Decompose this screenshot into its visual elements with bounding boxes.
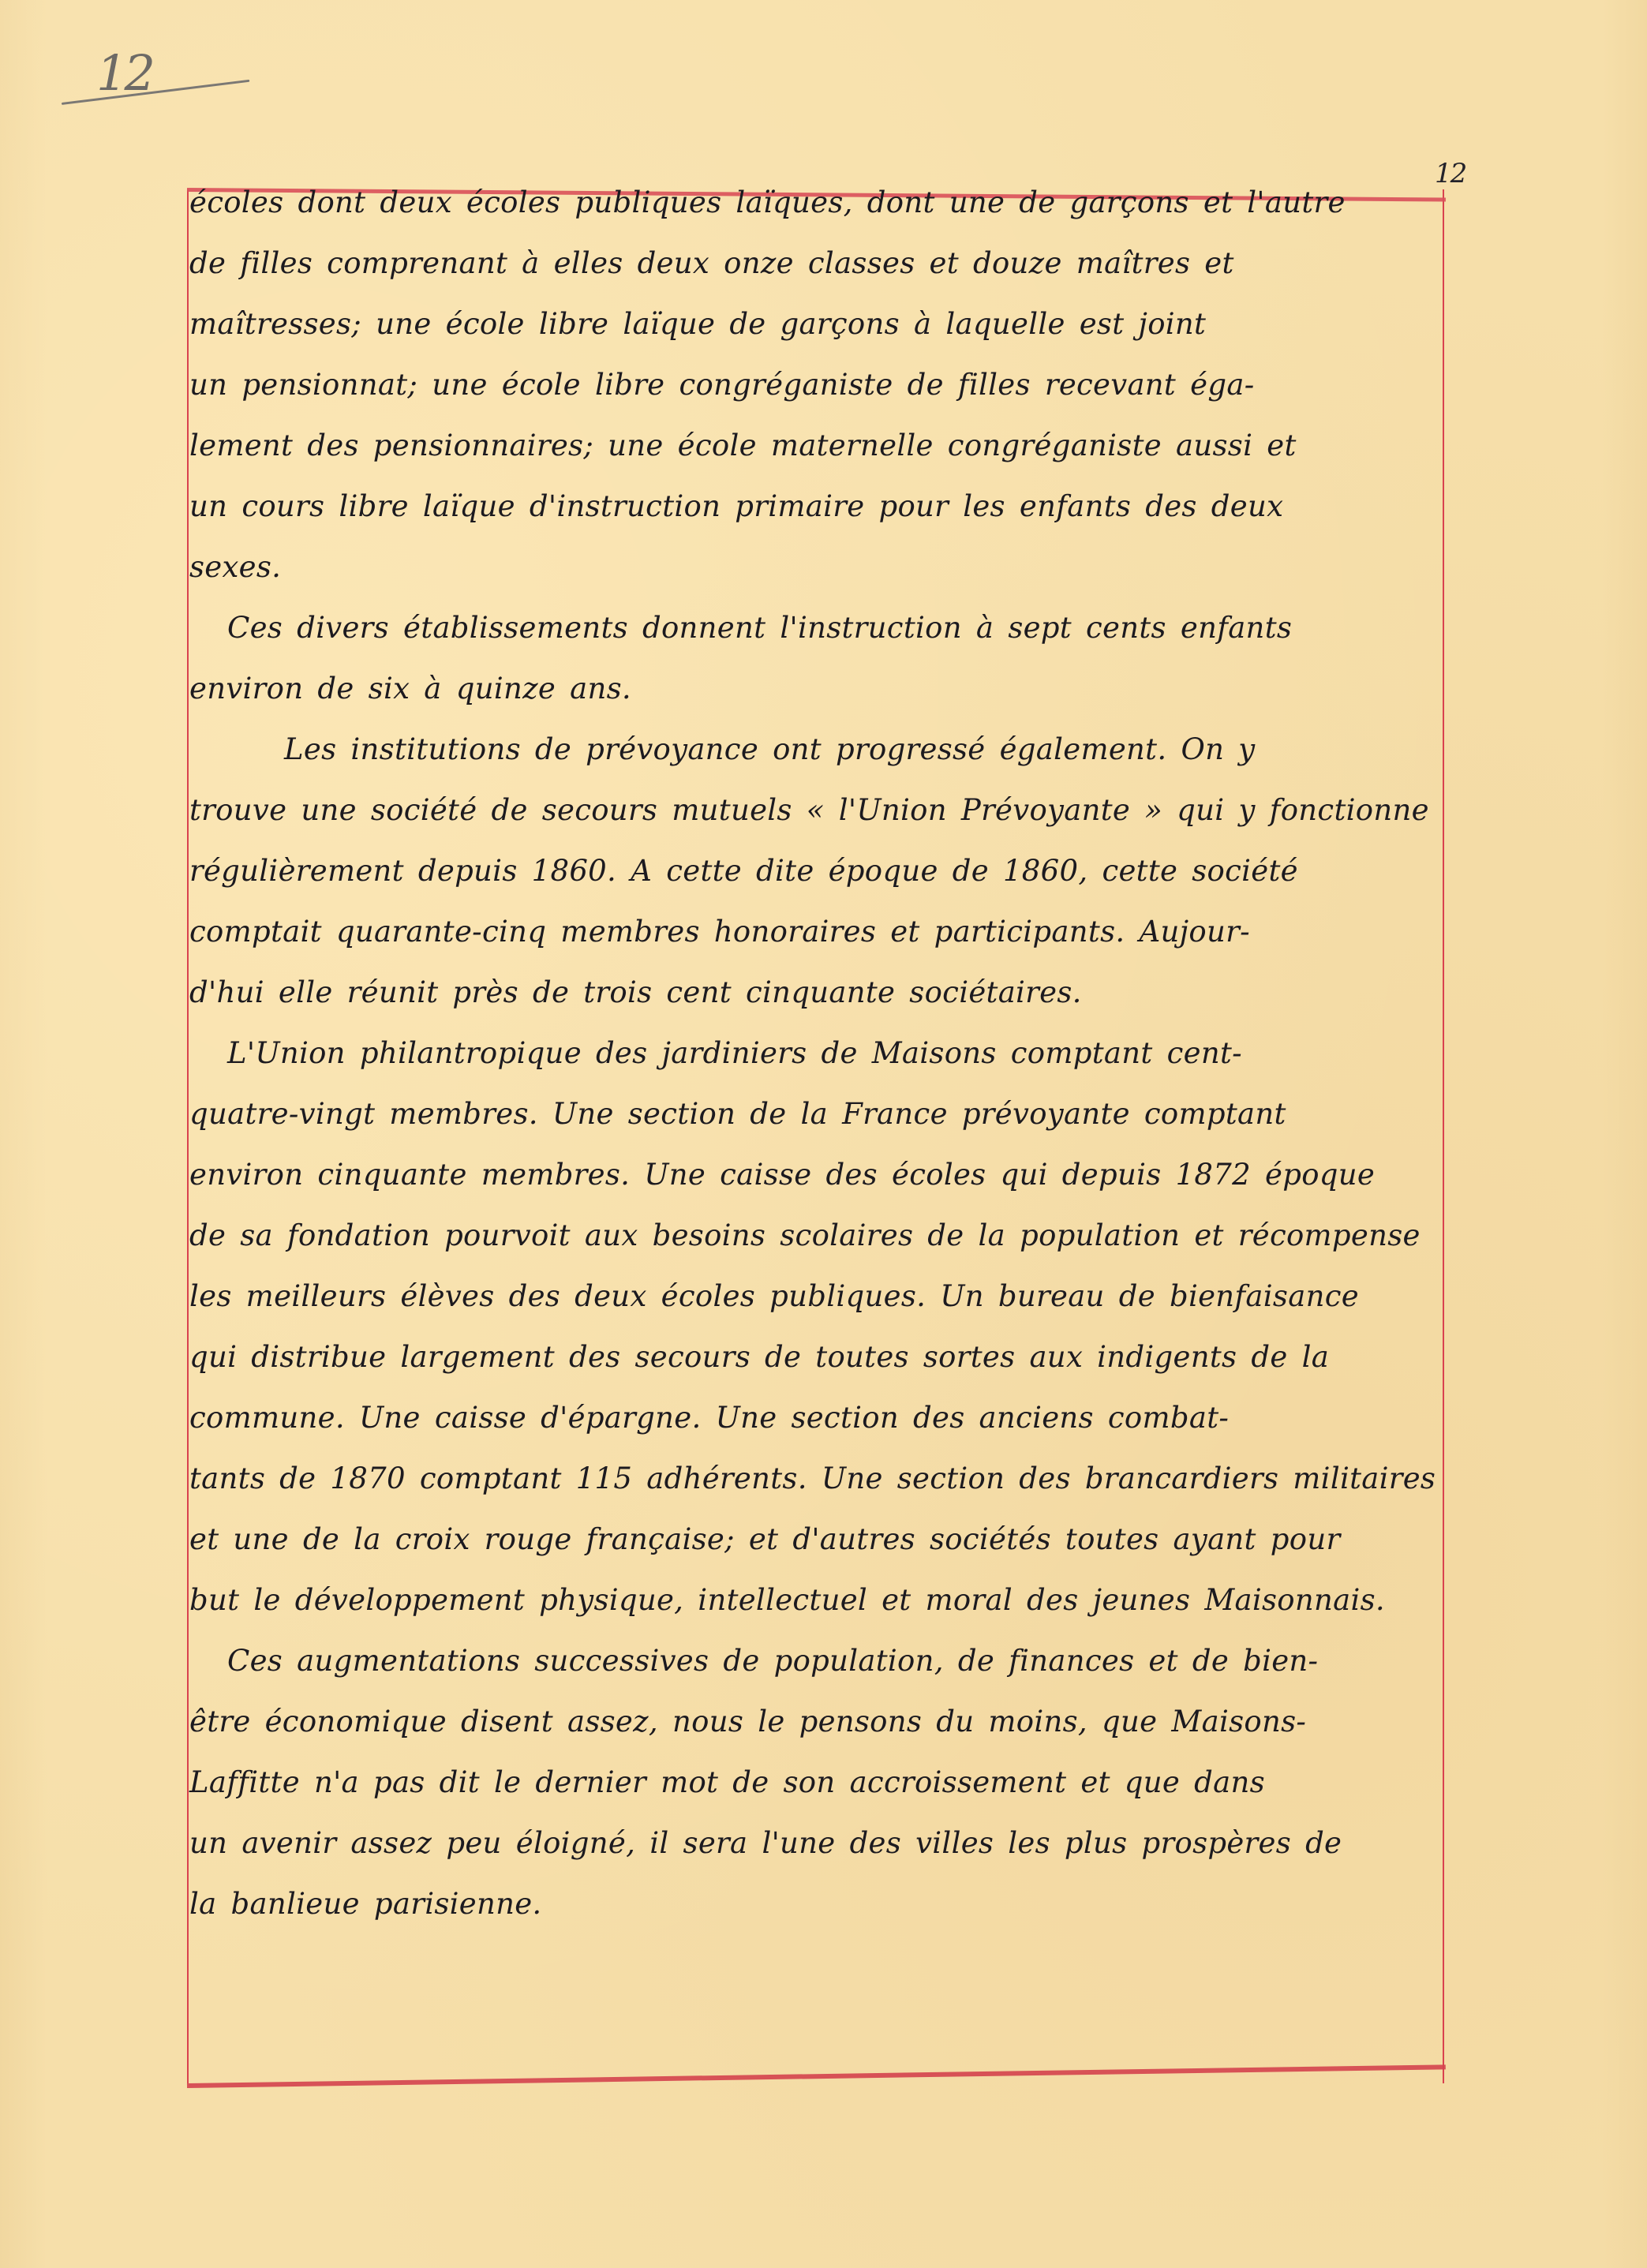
manuscript-paragraph-start: Ces divers établissements donnent l'inst… <box>189 597 1443 658</box>
manuscript-line: être économique disent assez, nous le pe… <box>189 1691 1443 1752</box>
manuscript-text-block: écoles dont deux écoles publiques laïque… <box>189 172 1443 1934</box>
manuscript-line: tants de 1870 comptant 115 adhérents. Un… <box>189 1448 1443 1509</box>
manuscript-line: qui distribue largement des secours de t… <box>189 1327 1443 1387</box>
manuscript-line: environ de six à quinze ans. <box>189 658 1443 719</box>
manuscript-line: de filles comprenant à elles deux onze c… <box>189 233 1443 294</box>
manuscript-line: quatre-vingt membres. Une section de la … <box>189 1083 1443 1144</box>
manuscript-line: un avenir assez peu éloigné, il sera l'u… <box>189 1813 1443 1873</box>
pencil-underline <box>62 80 250 105</box>
manuscript-line: commune. Une caisse d'épargne. Une secti… <box>189 1387 1443 1448</box>
manuscript-line: maîtresses; une école libre laïque de ga… <box>189 294 1443 354</box>
manuscript-line: sexes. <box>189 537 1443 597</box>
manuscript-line: comptait quarante-cinq membres honoraire… <box>189 901 1443 962</box>
manuscript-line: lement des pensionnaires; une école mate… <box>189 415 1443 476</box>
manuscript-line: Laffitte n'a pas dit le dernier mot de s… <box>189 1752 1443 1813</box>
manuscript-paragraph-start: L'Union philantropique des jardiniers de… <box>189 1023 1443 1083</box>
manuscript-line: environ cinquante membres. Une caisse de… <box>189 1144 1443 1205</box>
manuscript-line: les meilleurs élèves des deux écoles pub… <box>189 1266 1443 1327</box>
manuscript-line: d'hui elle réunit près de trois cent cin… <box>189 962 1443 1023</box>
manuscript-line: de sa fondation pourvoit aux besoins sco… <box>189 1205 1443 1266</box>
manuscript-paragraph-start: Ces augmentations successives de populat… <box>189 1630 1443 1691</box>
manuscript-line: trouve une société de secours mutuels « … <box>189 780 1443 840</box>
manuscript-paragraph-start: Les institutions de prévoyance ont progr… <box>189 719 1443 780</box>
manuscript-line: but le développement physique, intellect… <box>189 1570 1443 1630</box>
manuscript-line: écoles dont deux écoles publiques laïque… <box>189 172 1443 233</box>
manuscript-line: régulièrement depuis 1860. A cette dite … <box>189 840 1443 901</box>
manuscript-line: la banlieue parisienne. <box>189 1873 1443 1934</box>
manuscript-line: un cours libre laïque d'instruction prim… <box>189 476 1443 537</box>
manuscript-line: un pensionnat; une école libre congrégan… <box>189 354 1443 415</box>
manuscript-line: et une de la croix rouge française; et d… <box>189 1509 1443 1570</box>
